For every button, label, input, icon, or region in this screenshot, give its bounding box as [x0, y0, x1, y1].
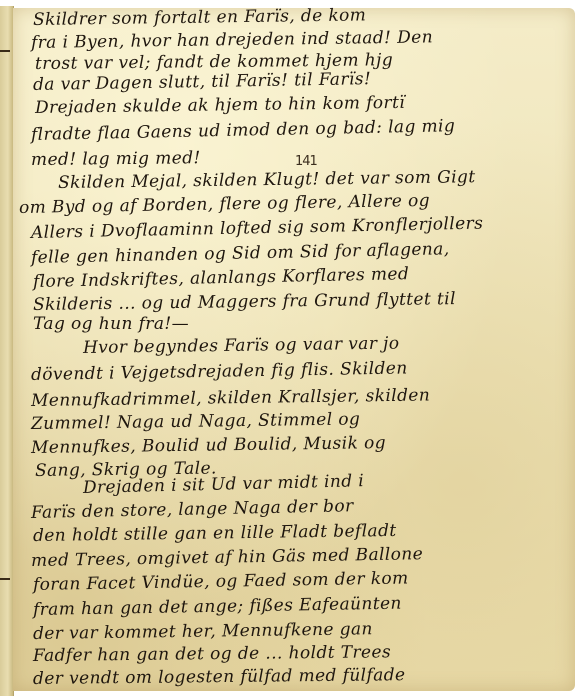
manuscript-page: Skildrer som fortalt en Farïs, de kom fr… — [13, 8, 575, 691]
handwritten-line: Allers i Dvoflaaminn lofted sig som Kron… — [31, 214, 484, 243]
ink-mark — [0, 50, 10, 52]
handwritten-line: om Byd og af Borden, flere og flere, All… — [19, 191, 430, 218]
handwritten-line: der vendt om logesten fülfad med fülfade — [33, 665, 406, 689]
page-number: 141 — [295, 154, 317, 169]
handwritten-line: flradte flaa Gaens ud imod den og bad: l… — [31, 116, 456, 145]
handwritten-line: Mennufkadrimmel, skilden Krallsjer, skil… — [31, 385, 430, 411]
handwritten-line: med Trees, omgivet af hin Gäs med Ballon… — [31, 544, 423, 571]
handwritten-line: Drejaden skulde ak hjem to hin kom fortï — [35, 93, 405, 118]
handwritten-line: Skildrer som fortalt en Farïs, de kom — [33, 5, 367, 30]
handwritten-line: dövendt i Vejgetsdrejaden fig flis. Skil… — [31, 358, 408, 385]
handwritten-line: med! lag mig med! — [31, 148, 201, 170]
handwritten-line: Skilderis ... og ud Maggers fra Grund fl… — [33, 289, 456, 315]
handwritten-line: Skilden Mejal, skilden Klugt! det var so… — [58, 167, 476, 193]
previous-page-edge — [0, 6, 14, 696]
handwritten-line: Hvor begyndes Farïs og vaar var jo — [83, 334, 400, 358]
handwritten-line: Fadfer han gan det og de ... holdt Trees — [33, 642, 391, 666]
handwritten-line: Zummel! Naga ud Naga, Stimmel og — [31, 409, 360, 434]
handwritten-line: den holdt stille gan en lille Fladt befl… — [33, 521, 397, 546]
handwritten-line: Mennufkes, Boulid ud Boulid, Musik og — [31, 433, 386, 458]
handwritten-line: fra i Byen, hvor han drejeden ind staad!… — [31, 27, 433, 53]
handwritten-line: der var kommet her, Mennufkene gan — [33, 619, 373, 644]
handwritten-line: foran Facet Vindüe, og Faed som der kom — [33, 568, 409, 595]
handwritten-line: flore Indskriftes, alanlangs Korflares m… — [33, 264, 410, 292]
handwritten-line: Tag og hun fra!— — [33, 314, 189, 334]
handwritten-line: fram han gan det ange; fißes Eafeaünten — [33, 594, 402, 620]
handwritten-line: Farïs den store, lange Naga der bor — [31, 496, 354, 523]
ink-mark — [0, 578, 10, 580]
